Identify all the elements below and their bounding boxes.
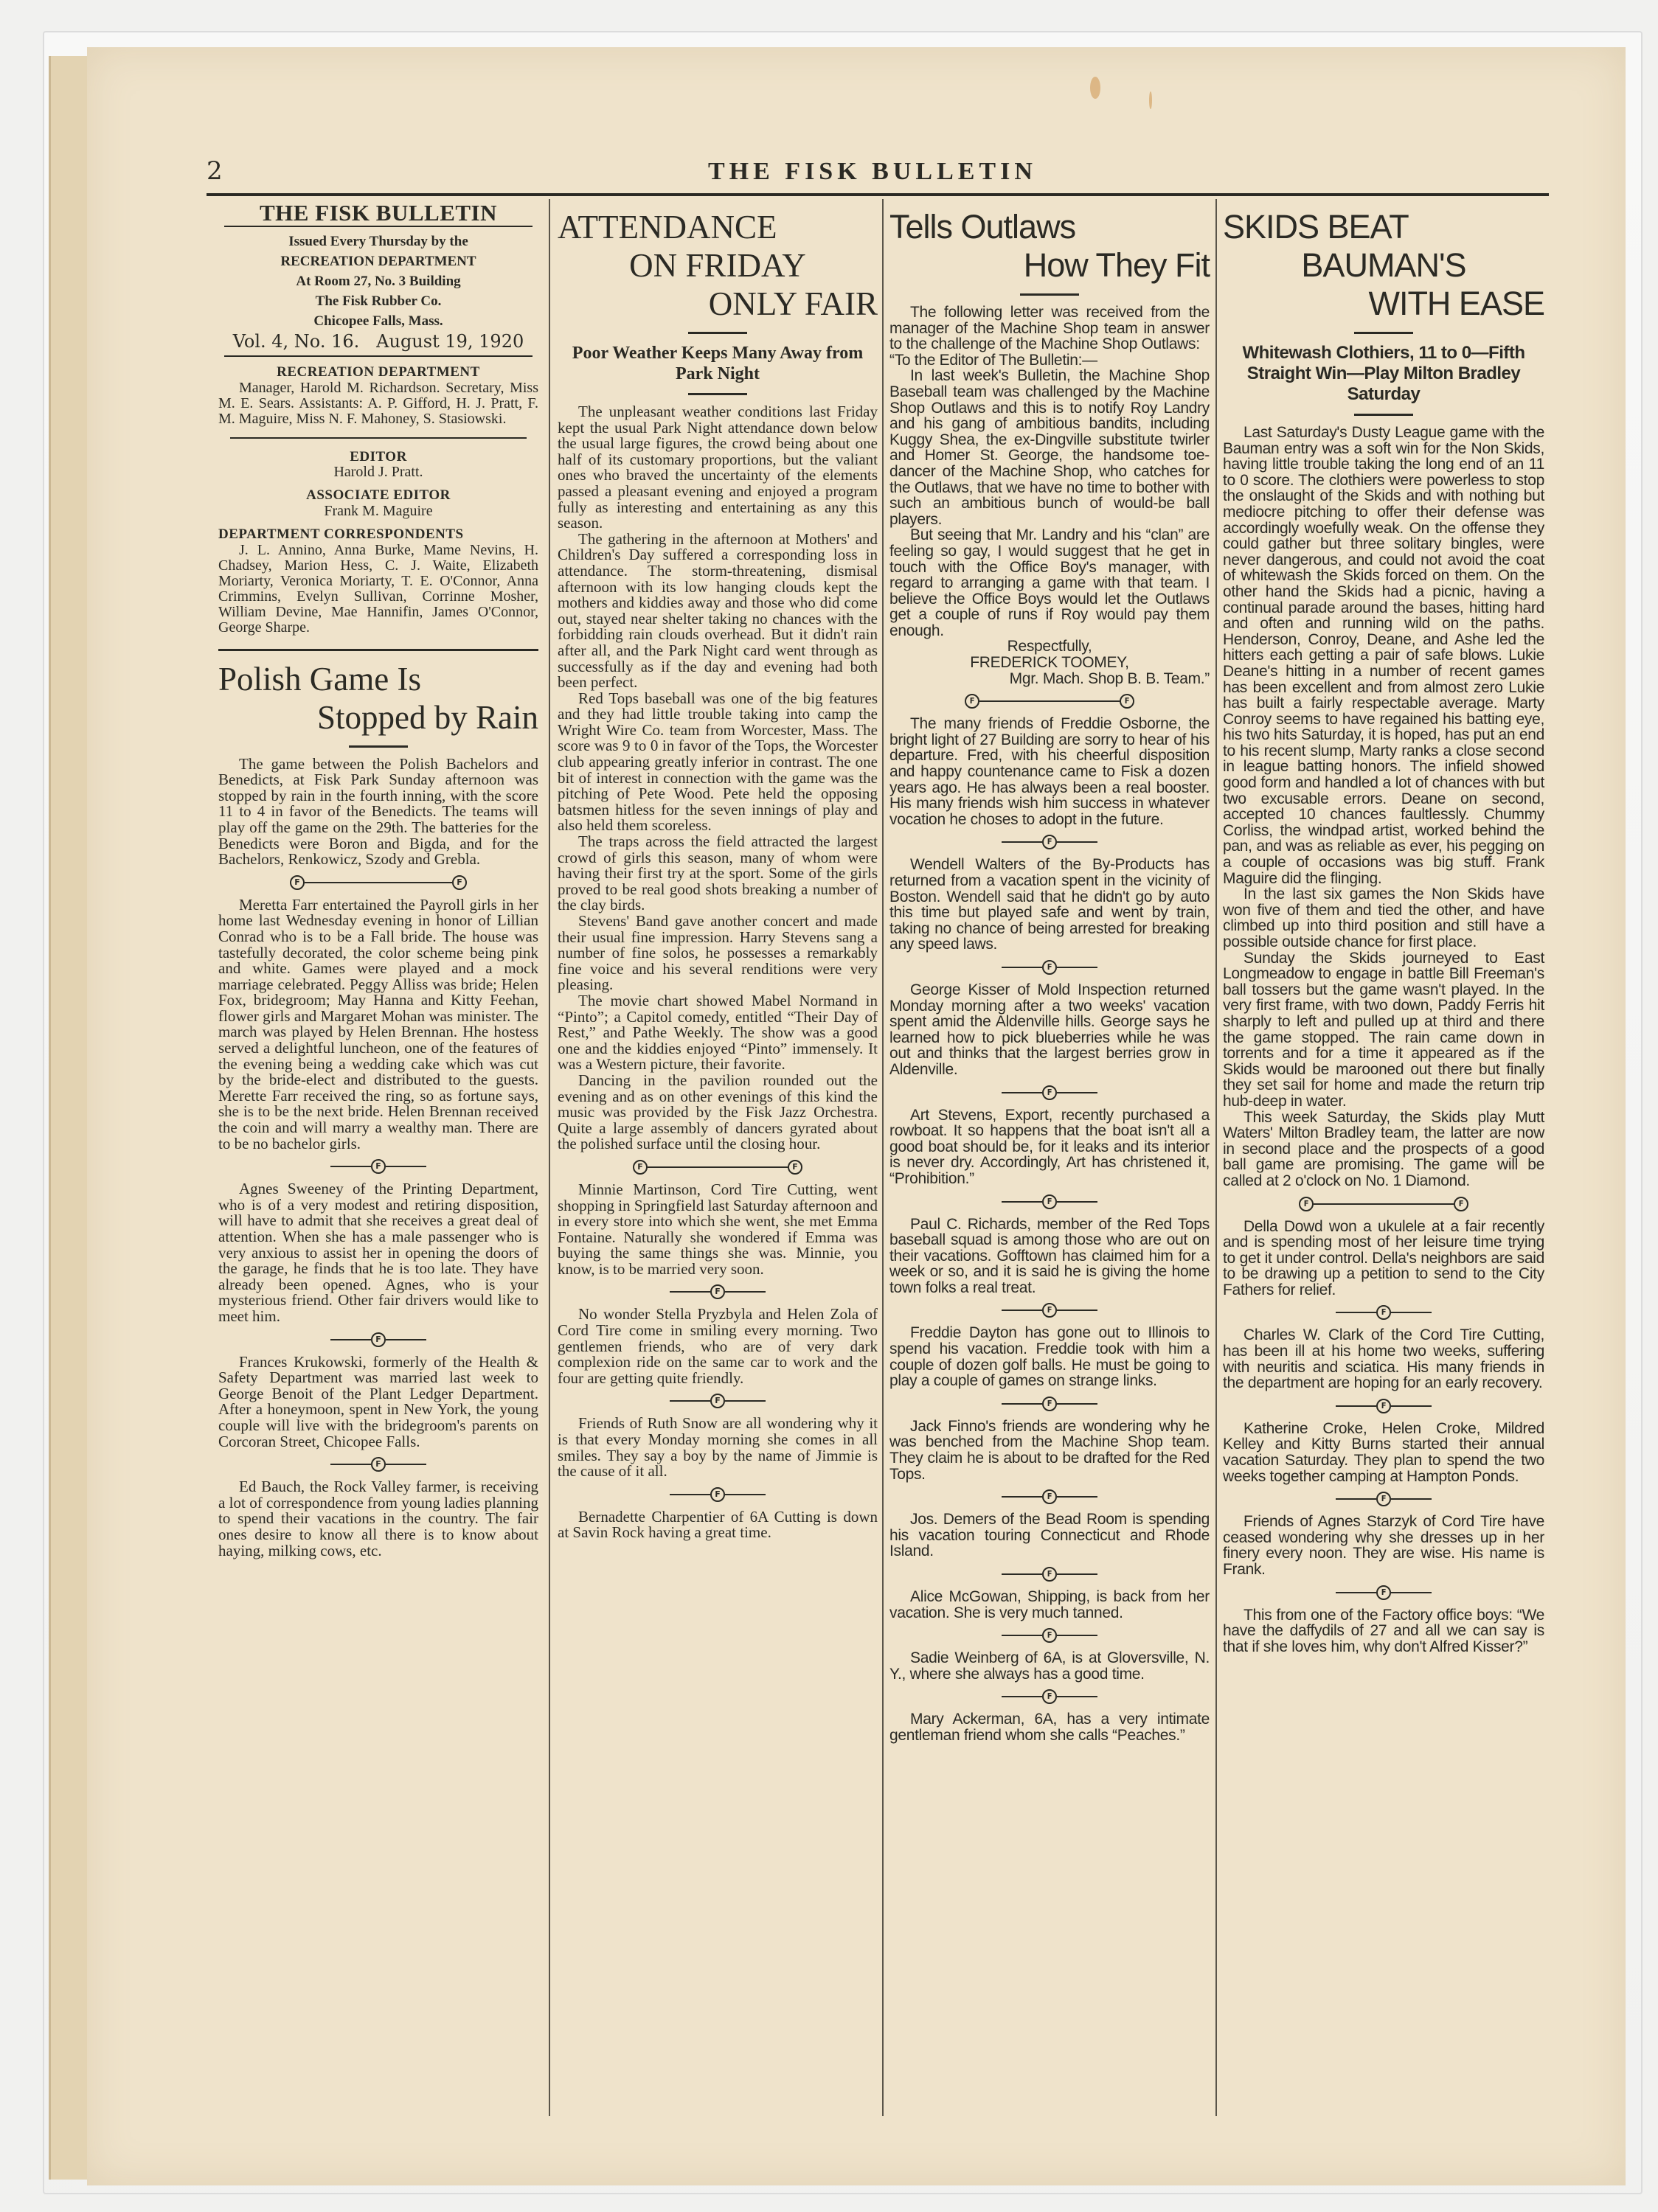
article-paragraph: The unpleasant weather conditions last F… xyxy=(558,404,878,532)
divider xyxy=(688,332,747,334)
letter-signer: FREDERICK TOOMEY, xyxy=(889,655,1210,671)
news-item: Meretta Farr entertained the Payroll gir… xyxy=(218,897,538,1152)
fisk-logo-icon: F xyxy=(371,1457,386,1472)
article-paragraph: Red Tops baseball was one of the big fea… xyxy=(558,691,878,834)
fisk-logo-icon: F xyxy=(1042,1303,1057,1318)
correspondents-list: J. L. Annino, Anna Burke, Mame Nevins, H… xyxy=(218,543,538,636)
news-item: Friends of Agnes Starzyk of Cord Tire ha… xyxy=(1223,1514,1544,1577)
column-2: ATTENDANCE ON FRIDAY ONLY FAIR Poor Weat… xyxy=(558,199,878,1541)
f-separator: F xyxy=(889,1567,1210,1582)
fisk-logo-icon: F xyxy=(452,875,467,890)
article-paragraph: Sunday the Skids journeyed to East Longm… xyxy=(1223,950,1544,1110)
article-paragraph: But seeing that Mr. Landry and his “clan… xyxy=(889,527,1210,639)
news-item: Ed Bauch, the Rock Valley farmer, is rec… xyxy=(218,1479,538,1559)
article-attendance: ATTENDANCE ON FRIDAY ONLY FAIR Poor Weat… xyxy=(558,208,878,1152)
article-outlaws: Tells Outlaws How They Fit The following… xyxy=(889,208,1210,686)
article-headline: SKIDS BEAT BAUMAN'S WITH EASE xyxy=(1223,208,1544,323)
f-separator: F xyxy=(218,1159,538,1174)
news-item: The many friends of Freddie Osborne, the… xyxy=(889,716,1210,827)
masthead-line: RECREATION DEPARTMENT xyxy=(218,251,538,271)
f-separator: FF xyxy=(1223,1197,1544,1211)
f-separator: F xyxy=(889,960,1210,975)
news-item: Mary Ackerman, 6A, has a very intimate g… xyxy=(889,1711,1210,1743)
page-number: 2 xyxy=(207,156,223,186)
column-rule xyxy=(549,199,550,2116)
fisk-logo-icon: F xyxy=(710,1284,725,1299)
f-separator: FF xyxy=(558,1160,878,1175)
article-deck: Whitewash Clothiers, 11 to 0—Fifth Strai… xyxy=(1223,343,1544,405)
recreation-heading: RECREATION DEPARTMENT xyxy=(218,364,538,380)
f-separator: F xyxy=(889,1194,1210,1209)
news-item: Alice McGowan, Shipping, is back from he… xyxy=(889,1589,1210,1621)
f-separator: F xyxy=(1223,1399,1544,1413)
running-title: THE FISK BULLETIN xyxy=(708,158,1037,186)
f-separator: FF xyxy=(218,875,538,890)
article-paragraph: In last week's Bulletin, the Machine Sho… xyxy=(889,368,1210,527)
divider xyxy=(349,745,408,748)
rust-stain xyxy=(1149,91,1152,109)
news-item: Jack Finno's friends are wondering why h… xyxy=(889,1419,1210,1482)
news-item: Paul C. Richards, member of the Red Tops… xyxy=(889,1217,1210,1296)
f-separator: F xyxy=(1223,1305,1544,1320)
running-head: 2 THE FISK BULLETIN xyxy=(207,156,1549,193)
header-rule xyxy=(207,193,1549,196)
column-rule xyxy=(1215,199,1217,2116)
fisk-logo-icon: F xyxy=(1042,1567,1057,1582)
fisk-logo-icon: F xyxy=(371,1332,386,1347)
column-1: THE FISK BULLETIN Issued Every Thursday … xyxy=(218,199,538,1559)
fisk-logo-icon: F xyxy=(633,1160,648,1175)
rust-stain xyxy=(1090,77,1100,99)
f-separator: F xyxy=(558,1284,878,1299)
issue-date: August 19, 1920 xyxy=(376,331,524,352)
associate-editor-label: ASSOCIATE EDITOR xyxy=(218,487,538,504)
news-item: Minnie Martinson, Cord Tire Cutting, wen… xyxy=(558,1182,878,1278)
recreation-staff: Manager, Harold M. Richardson. Secretary… xyxy=(218,380,538,427)
divider xyxy=(1354,414,1413,416)
article-deck: Poor Weather Keeps Many Away from Park N… xyxy=(558,343,878,384)
f-separator: FF xyxy=(889,694,1210,709)
f-separator: F xyxy=(1223,1585,1544,1600)
divider xyxy=(230,437,527,439)
f-separator: F xyxy=(1223,1492,1544,1506)
fisk-logo-icon: F xyxy=(1299,1197,1314,1211)
letter-closing: Respectfully, xyxy=(889,639,1210,655)
masthead-line: At Room 27, No. 3 Building xyxy=(218,271,538,291)
fisk-logo-icon: F xyxy=(1042,1689,1057,1704)
article-paragraph: Stevens' Band gave another concert and m… xyxy=(558,914,878,993)
divider xyxy=(1354,332,1413,334)
fisk-logo-icon: F xyxy=(1376,1585,1391,1600)
article-body: The game between the Polish Bachelors an… xyxy=(218,757,538,868)
fisk-logo-icon: F xyxy=(1042,835,1057,849)
fisk-logo-icon: F xyxy=(1042,960,1057,975)
fisk-logo-icon: F xyxy=(1376,1492,1391,1506)
f-separator: F xyxy=(558,1487,878,1502)
f-separator: F xyxy=(889,1085,1210,1100)
article-paragraph: In the last six games the Non Skids have… xyxy=(1223,886,1544,950)
article-paragraph: The movie chart showed Mabel Normand in … xyxy=(558,993,878,1073)
article-paragraph: Dancing in the pavilion rounded out the … xyxy=(558,1073,878,1152)
correspondents-label: DEPARTMENT CORRESPONDENTS xyxy=(218,526,538,543)
news-item: This from one of the Factory office boys… xyxy=(1223,1607,1544,1655)
f-separator: F xyxy=(889,1689,1210,1704)
article-headline: Tells Outlaws How They Fit xyxy=(889,208,1210,285)
fisk-logo-icon: F xyxy=(1042,1085,1057,1100)
fisk-logo-icon: F xyxy=(710,1394,725,1408)
column-3: Tells Outlaws How They Fit The following… xyxy=(889,199,1210,1744)
fisk-logo-icon: F xyxy=(1042,1194,1057,1209)
masthead-title: THE FISK BULLETIN xyxy=(218,205,538,221)
news-item: Agnes Sweeney of the Printing Department… xyxy=(218,1181,538,1324)
article-headline: ATTENDANCE ON FRIDAY ONLY FAIR xyxy=(558,208,878,323)
news-item: Freddie Dayton has gone out to Illinois … xyxy=(889,1325,1210,1388)
article-headline: Polish Game Is Stopped by Rain xyxy=(218,660,538,737)
divider xyxy=(688,393,747,395)
fisk-logo-icon: F xyxy=(290,875,305,890)
fisk-logo-icon: F xyxy=(1042,1628,1057,1643)
masthead-line: Chicopee Falls, Mass. xyxy=(218,311,538,331)
news-item: Frances Krukowski, formerly of the Healt… xyxy=(218,1354,538,1450)
fisk-logo-icon: F xyxy=(1120,694,1134,709)
fisk-logo-icon: F xyxy=(1454,1197,1468,1211)
fisk-logo-icon: F xyxy=(1042,1489,1057,1504)
article-paragraph: The gathering in the afternoon at Mother… xyxy=(558,532,878,691)
article-skids: SKIDS BEAT BAUMAN'S WITH EASE Whitewash … xyxy=(1223,208,1544,1189)
article-paragraph: Last Saturday's Dusty League game with t… xyxy=(1223,425,1544,886)
news-item: Bernadette Charpentier of 6A Cutting is … xyxy=(558,1509,878,1541)
f-separator: F xyxy=(889,1628,1210,1643)
divider xyxy=(224,355,533,357)
news-item: Wendell Walters of the By-Products has r… xyxy=(889,857,1210,953)
fisk-logo-icon: F xyxy=(788,1160,802,1175)
f-separator: F xyxy=(889,835,1210,849)
column-rule xyxy=(882,199,884,2116)
fisk-logo-icon: F xyxy=(710,1487,725,1502)
news-item: George Kisser of Mold Inspection returne… xyxy=(889,982,1210,1078)
f-separator: F xyxy=(889,1489,1210,1504)
news-item: Jos. Demers of the Bead Room is spending… xyxy=(889,1512,1210,1559)
news-item: Della Dowd won a ukulele at a fair recen… xyxy=(1223,1219,1544,1298)
article-paragraph: The traps across the field attracted the… xyxy=(558,834,878,914)
fisk-logo-icon: F xyxy=(1376,1399,1391,1413)
divider xyxy=(218,649,538,651)
volume-number: Vol. 4, No. 16. xyxy=(233,331,360,352)
f-separator: F xyxy=(889,1397,1210,1411)
news-item: No wonder Stella Pryzbyla and Helen Zola… xyxy=(558,1307,878,1386)
editor-name: Harold J. Pratt. xyxy=(218,465,538,480)
news-item: Katherine Croke, Helen Croke, Mildred Ke… xyxy=(1223,1421,1544,1484)
fisk-logo-icon: F xyxy=(371,1159,386,1174)
news-item: Friends of Ruth Snow are all wondering w… xyxy=(558,1416,878,1479)
masthead-line: Issued Every Thursday by the xyxy=(218,232,538,251)
f-separator: F xyxy=(889,1303,1210,1318)
article-polish-game: Polish Game Is Stopped by Rain The game … xyxy=(218,660,538,868)
f-separator: F xyxy=(558,1394,878,1408)
news-item: Art Stevens, Export, recently purchased … xyxy=(889,1107,1210,1187)
editor-label: EDITOR xyxy=(218,449,538,465)
masthead-box: THE FISK BULLETIN Issued Every Thursday … xyxy=(218,205,538,636)
letter-signer-title: Mgr. Mach. Shop B. B. Team.” xyxy=(889,671,1210,687)
f-separator: F xyxy=(218,1457,538,1472)
article-paragraph: The following letter was received from t… xyxy=(889,305,1210,352)
news-item: Charles W. Clark of the Cord Tire Cuttin… xyxy=(1223,1327,1544,1391)
masthead-line: The Fisk Rubber Co. xyxy=(218,291,538,311)
column-4: SKIDS BEAT BAUMAN'S WITH EASE Whitewash … xyxy=(1223,199,1544,1655)
associate-editor-name: Frank M. Maguire xyxy=(218,504,538,519)
article-paragraph: This week Saturday, the Skids play Mutt … xyxy=(1223,1110,1544,1189)
f-separator: F xyxy=(218,1332,538,1347)
volume-date: Vol. 4, No. 16. August 19, 1920 xyxy=(218,334,538,350)
fisk-logo-icon: F xyxy=(1376,1305,1391,1320)
fisk-logo-icon: F xyxy=(965,694,979,709)
article-paragraph: “To the Editor of The Bulletin:— xyxy=(889,352,1210,369)
divider xyxy=(1020,293,1079,296)
news-item: Sadie Weinberg of 6A, is at Gloversville… xyxy=(889,1650,1210,1682)
fisk-logo-icon: F xyxy=(1042,1397,1057,1411)
